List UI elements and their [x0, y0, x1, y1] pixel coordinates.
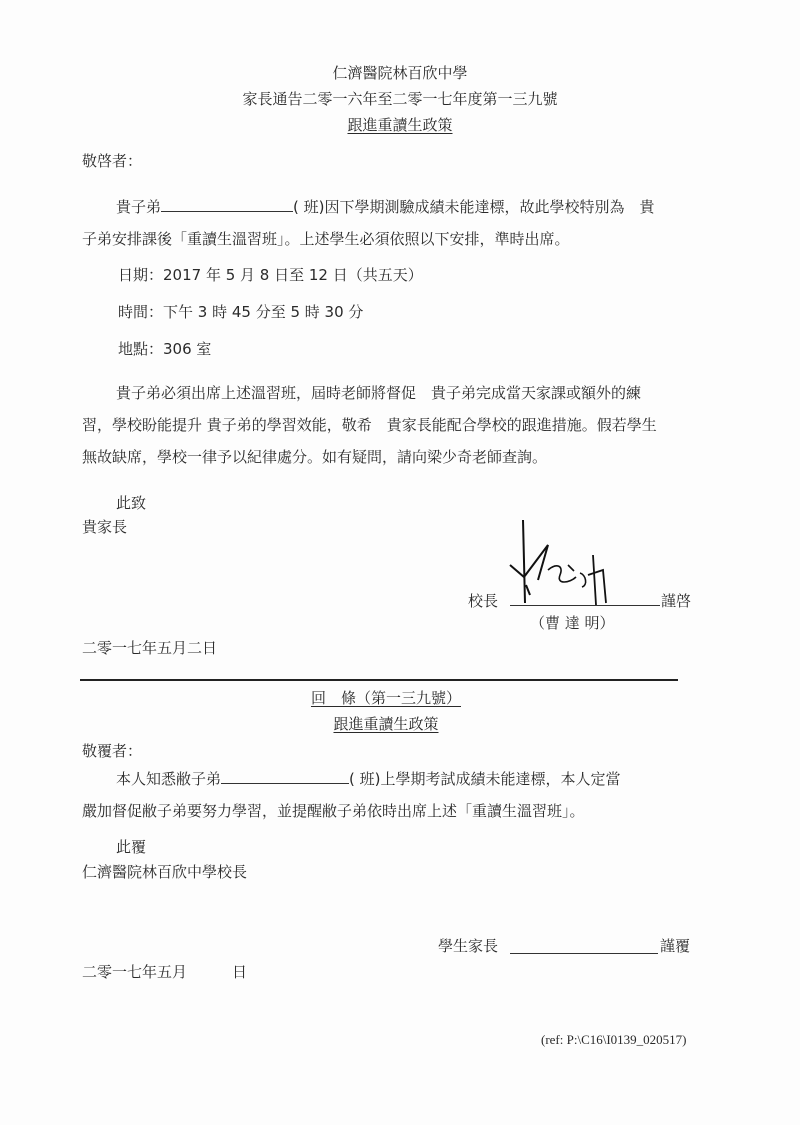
salutation: 敬啓者：: [82, 150, 142, 171]
principal-label: 校長: [468, 590, 498, 611]
school-name: 仁濟醫院林百欣中學: [0, 62, 800, 83]
date-line: 日期：2017 年 5 月 8 日至 12 日（共五天）: [118, 264, 423, 285]
reply-closing-2: 仁濟醫院林百欣中學校長: [82, 861, 247, 882]
reference-code: (ref: P:\C16\I0139_020517): [541, 1032, 687, 1048]
reply-student-name-blank[interactable]: [221, 769, 349, 784]
principal-name: （曹 達 明）: [530, 612, 615, 633]
parent-signature-line[interactable]: [510, 953, 658, 954]
para2-line1: 貴子弟必須出席上述溫習班，屆時老師將督促 貴子弟完成當天家課或額外的練: [116, 382, 641, 403]
para1-prefix: 貴子弟: [116, 198, 161, 216]
tear-off-divider: [80, 679, 678, 681]
para2-line3: 無故缺席，學校一律予以紀律處分。如有疑問，請向梁少奇老師查詢。: [82, 446, 547, 467]
reply-date: 二零一七年五月 日: [82, 961, 247, 982]
issue-date: 二零一七年五月二日: [82, 637, 217, 658]
principal-signature-icon: [508, 515, 648, 610]
notice-subject: 跟進重讀生政策: [0, 114, 800, 135]
reply-subject: 跟進重讀生政策: [306, 713, 466, 734]
student-name-blank: [161, 197, 293, 212]
time-line: 時間：下午 3 時 45 分至 5 時 30 分: [118, 301, 363, 322]
reply-line1-rest: ( 班)上學期考試成績未能達標，本人定當: [349, 770, 620, 788]
para1-line2: 子弟安排課後「重讀生溫習班」。上述學生必須依照以下安排，準時出席。: [82, 228, 570, 249]
para2-line2: 習，學校盼能提升 貴子弟的學習效能，敬希 貴家長能配合學校的跟進措施。假若學生: [82, 414, 657, 435]
reply-line2: 嚴加督促敝子弟要努力學習，並提醒敝子弟依時出席上述「重讀生溫習班」。: [82, 800, 585, 821]
para1-line1: 貴子弟( 班)因下學期測驗成績未能達標，故此學校特別為 貴: [116, 196, 655, 217]
para1-rest: ( 班)因下學期測驗成績未能達標，故此學校特別為 貴: [293, 198, 654, 216]
parent-suffix: 謹覆: [660, 935, 690, 956]
notice-number: 家長通告二零一六年至二零一七年度第一三九號: [0, 88, 800, 109]
reply-title: 回 條（第一三九號）: [306, 687, 466, 708]
closing-2: 貴家長: [82, 516, 127, 537]
reply-salutation: 敬覆者：: [82, 740, 142, 761]
parent-label: 學生家長: [438, 935, 498, 956]
closing-1: 此致: [116, 492, 146, 513]
principal-signature-line: [510, 605, 660, 606]
reply-line1-prefix: 本人知悉敝子弟: [116, 770, 221, 788]
reply-line1: 本人知悉敝子弟( 班)上學期考試成績未能達標，本人定當: [116, 768, 621, 789]
reply-closing-1: 此覆: [116, 836, 146, 857]
principal-suffix: 謹啓: [661, 590, 691, 611]
place-line: 地點：306 室: [118, 338, 211, 359]
